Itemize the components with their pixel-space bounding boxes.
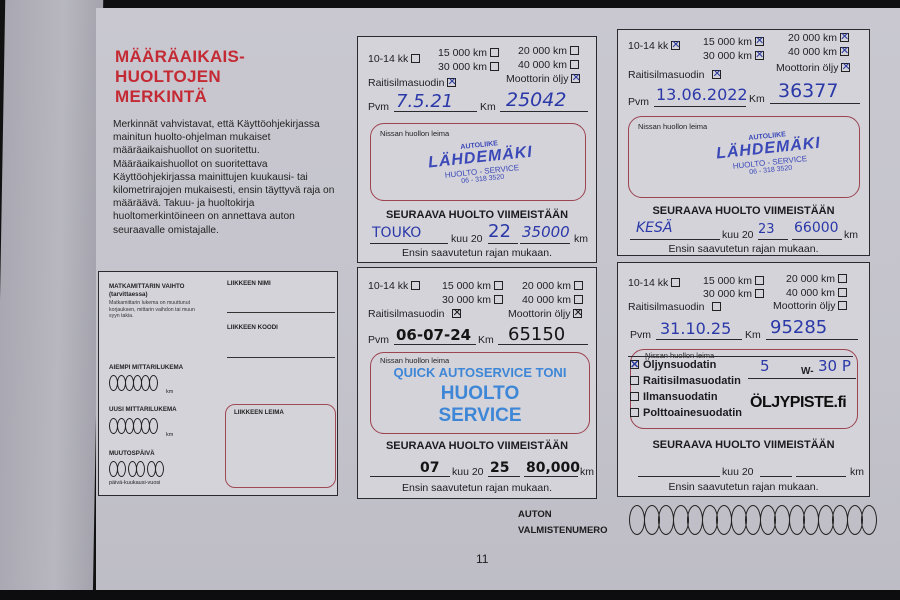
km-30000-label: 30 000 km	[442, 294, 491, 306]
date-value: 06-07-24	[396, 326, 471, 344]
checkbox-engine-oil[interactable]	[841, 63, 850, 72]
page-number: 11	[476, 552, 488, 566]
vin-character-slot[interactable]	[687, 505, 703, 535]
checkbox-20000[interactable]	[840, 33, 849, 42]
oil-grade-suffix: 30 P	[818, 357, 851, 375]
checkbox-air-filter[interactable]	[630, 392, 639, 401]
vin-character-slot[interactable]	[629, 505, 645, 535]
intro-text: Merkinnät vahvistavat, että Käyttöohjeki…	[113, 118, 345, 237]
km-30000-label: 30 000 km	[438, 61, 487, 73]
previous-reading-label: AIEMPI MITTARILUKEMA	[109, 364, 183, 371]
next-month-field[interactable]	[370, 243, 448, 244]
km-40000-label: 40 000 km	[518, 59, 567, 71]
next-month-field[interactable]	[370, 476, 450, 477]
odometer-subheading: (tarvittaessa)	[109, 291, 148, 298]
km-value: 65150	[508, 324, 565, 345]
dealer-stamp-label: LIIKKEEN LEIMA	[234, 409, 284, 416]
next-km-field[interactable]	[796, 476, 846, 477]
cabin-filter-label: Raitisilmasuodin	[368, 308, 444, 320]
next-year-field[interactable]	[758, 239, 788, 240]
vin-character-slot[interactable]	[774, 505, 790, 535]
next-km-value: 35000	[522, 223, 570, 241]
stamp-huolto: HUOLTO	[371, 383, 589, 405]
dealer-name-label: LIIKKEEN NIMI	[227, 280, 271, 287]
checkbox-fuel-filter[interactable]	[630, 408, 639, 417]
interval-label: 10-14 kk	[628, 40, 668, 52]
date-label: Pvm	[630, 329, 651, 341]
date-label: Pvm	[368, 334, 389, 346]
stamp-label: Nissan huollon leima	[380, 129, 449, 138]
vin-label: AUTON VALMISTENUMERO	[518, 507, 608, 539]
change-date-field[interactable]	[109, 461, 163, 477]
dealer-stamp-box: Nissan huollon leima AUTOLIIKE LÄHDEMÄKI…	[628, 116, 860, 198]
date-format-hint: päivä-kuukausi-vuosi	[109, 480, 160, 486]
next-km-field[interactable]	[520, 243, 570, 244]
odometer-heading: MATKAMITTARIN VAIHTO	[109, 283, 185, 290]
checkbox-interval[interactable]	[671, 41, 680, 50]
dealer-name-field[interactable]	[227, 312, 335, 313]
next-year-value: 23	[758, 222, 775, 237]
next-month-field[interactable]	[630, 239, 720, 240]
previous-reading-field[interactable]	[109, 375, 157, 391]
km-unit: km	[850, 466, 864, 478]
km-unit: km	[574, 233, 588, 245]
checkbox-engine-oil[interactable]	[838, 301, 847, 310]
new-reading-label: UUSI MITTARILUKEMA	[109, 406, 177, 413]
km-30000-label: 30 000 km	[703, 50, 752, 62]
next-month-value: 07	[420, 460, 439, 476]
next-service-heading: SEURAAVA HUOLTO VIIMEISTÄÄN	[358, 209, 596, 221]
next-service-heading: SEURAAVA HUOLTO VIIMEISTÄÄN	[618, 205, 869, 217]
checkbox-engine-oil[interactable]	[573, 309, 582, 318]
vin-character-slot[interactable]	[716, 505, 732, 535]
checkbox-15000[interactable]	[755, 37, 764, 46]
km-30000-label: 30 000 km	[703, 288, 752, 300]
month-suffix: kuu 20	[722, 466, 754, 478]
footer-note: Ensin saavutetun rajan mukaan.	[618, 481, 869, 493]
filter-item: Öljynsuodatin	[630, 357, 742, 373]
checkbox-30000[interactable]	[490, 62, 499, 71]
checkbox-cabin-filter[interactable]	[712, 302, 721, 311]
month-suffix: kuu 20	[451, 233, 483, 245]
vin-character-slot[interactable]	[803, 505, 819, 535]
date-field[interactable]	[654, 106, 746, 107]
new-reading-field[interactable]	[109, 418, 157, 434]
filter-checklist: Öljynsuodatin Raitisilmasuodatin Ilmansu…	[630, 357, 742, 421]
service-record-2: 10-14 kk 15 000 km 20 000 km 30 000 km 4…	[617, 29, 870, 256]
vin-field[interactable]	[629, 505, 876, 535]
vin-character-slot[interactable]	[745, 505, 761, 535]
checkbox-30000[interactable]	[494, 295, 503, 304]
next-service-heading: SEURAAVA HUOLTO VIIMEISTÄÄN	[618, 439, 869, 451]
km-label: Km	[478, 334, 494, 346]
stamp-oljypiste: ÖLJYPISTE.fi	[750, 394, 846, 412]
checkbox-interval[interactable]	[411, 54, 420, 63]
vin-character-slot[interactable]	[861, 505, 877, 535]
checkbox-cabin-air-filter[interactable]	[630, 376, 639, 385]
checkbox-40000[interactable]	[574, 295, 583, 304]
checkbox-cabin-filter[interactable]	[447, 78, 456, 87]
next-km-value: 66000	[794, 220, 839, 236]
km-unit: km	[166, 432, 173, 438]
date-value: 31.10.25	[660, 319, 731, 338]
stamp-lahdemaki: AUTOLIIKE LÄHDEMÄKI HUOLTO - SERVICE 06 …	[707, 127, 831, 180]
engine-oil-label: Moottorin öljy	[773, 300, 835, 312]
date-value: 7.5.21	[396, 91, 453, 112]
checkbox-20000[interactable]	[574, 281, 583, 290]
next-year-value: 22	[488, 221, 511, 242]
km-label: Km	[749, 93, 765, 105]
checkbox-40000[interactable]	[840, 47, 849, 56]
next-month-field[interactable]	[638, 476, 720, 477]
km-field[interactable]	[500, 111, 588, 112]
title-line-3: MERKINTÄ	[115, 87, 315, 107]
next-km-field[interactable]	[792, 239, 842, 240]
km-value: 36377	[778, 80, 838, 102]
date-label: Pvm	[628, 96, 649, 108]
background-bottom	[0, 590, 900, 600]
vin-character-slot[interactable]	[658, 505, 674, 535]
km-20000-label: 20 000 km	[786, 273, 835, 285]
km-field[interactable]	[770, 103, 860, 104]
month-suffix: kuu 20	[722, 229, 754, 241]
checkbox-40000[interactable]	[570, 60, 579, 69]
km-unit: km	[580, 466, 594, 478]
left-page	[0, 0, 103, 600]
date-value: 13.06.2022	[656, 85, 748, 104]
vin-character-slot[interactable]	[832, 505, 848, 535]
odometer-change-box: MATKAMITTARIN VAIHTO (tarvittaessa) Matk…	[98, 271, 338, 496]
stamp-quick-autoservice: QUICK AUTOSERVICE TONI	[371, 365, 589, 380]
oil-grade-field[interactable]	[748, 378, 856, 379]
cabin-filter-label: Raitisilmasuodin	[628, 69, 704, 81]
checkbox-40000[interactable]	[838, 288, 847, 297]
stamp-service: SERVICE	[371, 405, 589, 427]
km-label: Km	[745, 329, 761, 341]
title-line-2: HUOLTOJEN	[115, 67, 315, 87]
interval-label: 10-14 kk	[368, 280, 408, 292]
engine-oil-label: Moottorin öljy	[776, 62, 838, 74]
checkbox-30000[interactable]	[755, 289, 764, 298]
month-suffix: kuu 20	[452, 466, 484, 478]
service-record-3: 10-14 kk 15 000 km 20 000 km 30 000 km 4…	[357, 267, 597, 499]
odometer-description: Matkamittarin lukema on muuttunut korjau…	[109, 300, 204, 320]
km-unit: km	[166, 389, 173, 395]
stamp-lahdemaki: AUTOLIIKE LÄHDEMÄKI HUOLTO - SERVICE 06 …	[419, 136, 543, 189]
cabin-filter-label: Raitisilmasuodin	[628, 301, 704, 313]
next-year-field[interactable]	[488, 243, 518, 244]
checkbox-interval[interactable]	[671, 278, 680, 287]
km-40000-label: 40 000 km	[522, 294, 571, 306]
filter-item: Polttoainesuodatin	[630, 405, 742, 421]
next-year-value: 25	[490, 460, 509, 476]
change-date-label: MUUTOSPÄIVÄ	[109, 450, 155, 457]
filter-item: Raitisilmasuodatin	[630, 373, 742, 389]
oil-grade-number: 5	[760, 357, 770, 375]
km-15000-label: 15 000 km	[442, 280, 491, 292]
km-20000-label: 20 000 km	[522, 280, 571, 292]
footer-note: Ensin saavutetun rajan mukaan.	[358, 247, 596, 259]
dealer-code-label: LIIKKEEN KOODI	[227, 324, 278, 331]
checkbox-30000[interactable]	[755, 51, 764, 60]
checkbox-15000[interactable]	[490, 48, 499, 57]
checkbox-15000[interactable]	[755, 276, 764, 285]
date-field[interactable]	[394, 344, 476, 345]
dealer-stamp-area: LIIKKEEN LEIMA	[225, 404, 336, 488]
checkbox-engine-oil[interactable]	[571, 74, 580, 83]
stamp-label: Nissan huollon leima	[638, 122, 707, 131]
checkbox-20000[interactable]	[838, 274, 847, 283]
filter-item: Ilmansuodatin	[630, 389, 742, 405]
engine-oil-label: Moottorin öljy	[508, 308, 570, 320]
checkbox-15000[interactable]	[494, 281, 503, 290]
km-15000-label: 15 000 km	[703, 275, 752, 287]
km-value: 95285	[770, 317, 827, 338]
stamp-label: Nissan huollon leima	[380, 356, 449, 365]
next-month-value: TOUKO	[372, 225, 421, 241]
date-field[interactable]	[656, 339, 742, 340]
km-40000-label: 40 000 km	[788, 46, 837, 58]
next-km-field[interactable]	[524, 476, 578, 477]
km-15000-label: 15 000 km	[438, 47, 487, 59]
service-record-1: 10-14 kk 15 000 km 20 000 km 30 000 km 4…	[357, 36, 597, 263]
title-line-1: MÄÄRÄAIKAIS-	[115, 47, 315, 67]
next-month-value: KESÄ	[636, 220, 673, 236]
km-40000-label: 40 000 km	[786, 287, 835, 299]
km-field[interactable]	[766, 339, 858, 340]
km-20000-label: 20 000 km	[518, 45, 567, 57]
checkbox-cabin-filter[interactable]	[452, 309, 461, 318]
cabin-filter-label: Raitisilmasuodin	[368, 77, 444, 89]
km-value: 25042	[506, 89, 566, 111]
date-label: Pvm	[368, 101, 389, 113]
service-record-4: 10-14 kk 15 000 km 20 000 km 30 000 km 4…	[617, 262, 870, 497]
next-km-value: 80,000	[526, 460, 580, 476]
oil-grade-prefix: W-	[801, 366, 814, 377]
next-year-field[interactable]	[760, 476, 792, 477]
footer-note: Ensin saavutetun rajan mukaan.	[618, 243, 869, 255]
interval-label: 10-14 kk	[368, 53, 408, 65]
next-year-field[interactable]	[488, 476, 520, 477]
checkbox-cabin-filter[interactable]	[712, 70, 721, 79]
checkbox-interval[interactable]	[411, 281, 420, 290]
km-unit: km	[844, 229, 858, 241]
checkbox-20000[interactable]	[570, 46, 579, 55]
dealer-code-field[interactable]	[227, 357, 335, 358]
dealer-stamp-box: Nissan huollon leima AUTOLIIKE LÄHDEMÄKI…	[370, 123, 586, 201]
km-15000-label: 15 000 km	[703, 36, 752, 48]
km-20000-label: 20 000 km	[788, 32, 837, 44]
footer-note: Ensin saavutetun rajan mukaan.	[358, 482, 596, 494]
km-label: Km	[480, 101, 496, 113]
interval-label: 10-14 kk	[628, 277, 668, 289]
engine-oil-label: Moottorin öljy	[506, 73, 568, 85]
checkbox-oil-filter[interactable]	[630, 360, 639, 369]
dealer-stamp-box: Nissan huollon leima QUICK AUTOSERVICE T…	[370, 352, 590, 434]
next-service-heading: SEURAAVA HUOLTO VIIMEISTÄÄN	[358, 440, 596, 452]
page-title: MÄÄRÄAIKAIS- HUOLTOJEN MERKINTÄ	[115, 47, 315, 107]
